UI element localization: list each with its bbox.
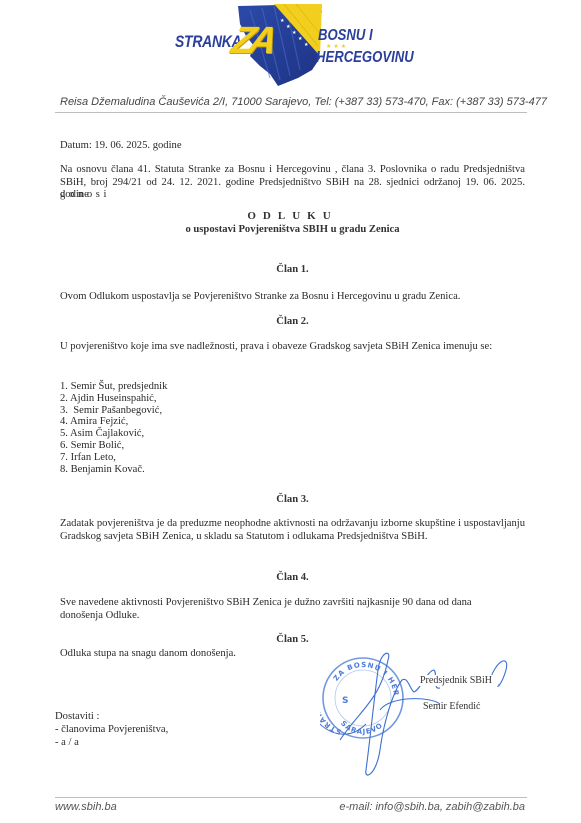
preamble-donosi: d o n o s i xyxy=(60,189,107,201)
article-4-heading: Član 4. xyxy=(60,572,525,583)
delivery-label: Dostaviti : xyxy=(55,711,99,723)
article-1-text: Ovom Odlukom uspostavlja se Povjereništv… xyxy=(60,291,460,303)
svg-text:★: ★ xyxy=(280,18,285,24)
document-date: Datum: 19. 06. 2025. godine xyxy=(60,140,182,152)
member-item: 2. Ajdin Huseinspahić, xyxy=(60,393,167,405)
document-subtitle: o uspostavi Povjereništva SBIH u gradu Z… xyxy=(60,224,525,235)
signatory-role: Predsjednik SBiH xyxy=(418,675,498,686)
article-5-text: Odluka stupa na snagu danom donošenja. xyxy=(60,648,236,660)
article-3-text: Zadatak povjereništva je da preduzme neo… xyxy=(60,518,525,543)
logo-word-hercegovinu: HERCEGOVINU xyxy=(316,49,414,67)
footer-email-link[interactable]: e-mail: info@sbih.ba, zabih@zabih.ba xyxy=(339,801,525,813)
svg-text:★: ★ xyxy=(292,30,297,36)
article-2-heading: Član 2. xyxy=(60,316,525,327)
letterhead-address: Reisa Džemaludina Čauševića 2/I, 71000 S… xyxy=(60,96,547,108)
document-title: ODLUKU xyxy=(60,210,525,222)
member-item: 4. Amira Fejzić, xyxy=(60,416,167,428)
delivery-item: - a / a xyxy=(55,737,79,749)
member-item: 1. Semir Šut, predsjednik xyxy=(60,381,167,393)
footer-divider xyxy=(55,797,527,798)
svg-text:★: ★ xyxy=(298,36,303,42)
member-item: 7. Irfan Leto, xyxy=(60,452,167,464)
article-2-text: U povjereništvo koje ima sve nadležnosti… xyxy=(60,341,492,353)
member-item: 3. Semir Pašanbegović, xyxy=(60,405,167,417)
member-item: 5. Asim Čajlaković, xyxy=(60,428,167,440)
member-item: 6. Semir Bolić, xyxy=(60,440,167,452)
footer-website-link[interactable]: www.sbih.ba xyxy=(55,801,117,813)
article-1-heading: Član 1. xyxy=(60,264,525,275)
preamble-text: Na osnovu člana 41. Statuta Stranke za B… xyxy=(60,164,525,202)
svg-text:★: ★ xyxy=(286,24,291,30)
members-list: 1. Semir Šut, predsjednik 2. Ajdin Husei… xyxy=(60,381,167,475)
svg-text:★: ★ xyxy=(304,42,309,48)
article-4-text: Sve navedene aktivnosti Povjereništvo SB… xyxy=(60,597,510,622)
header-divider xyxy=(55,112,527,113)
article-3-heading: Član 3. xyxy=(60,494,525,505)
delivery-item: - članovima Povjereništva, xyxy=(55,724,168,736)
member-item: 8. Benjamin Kovač. xyxy=(60,464,167,476)
signatory-name: Semir Efendić xyxy=(423,701,480,712)
